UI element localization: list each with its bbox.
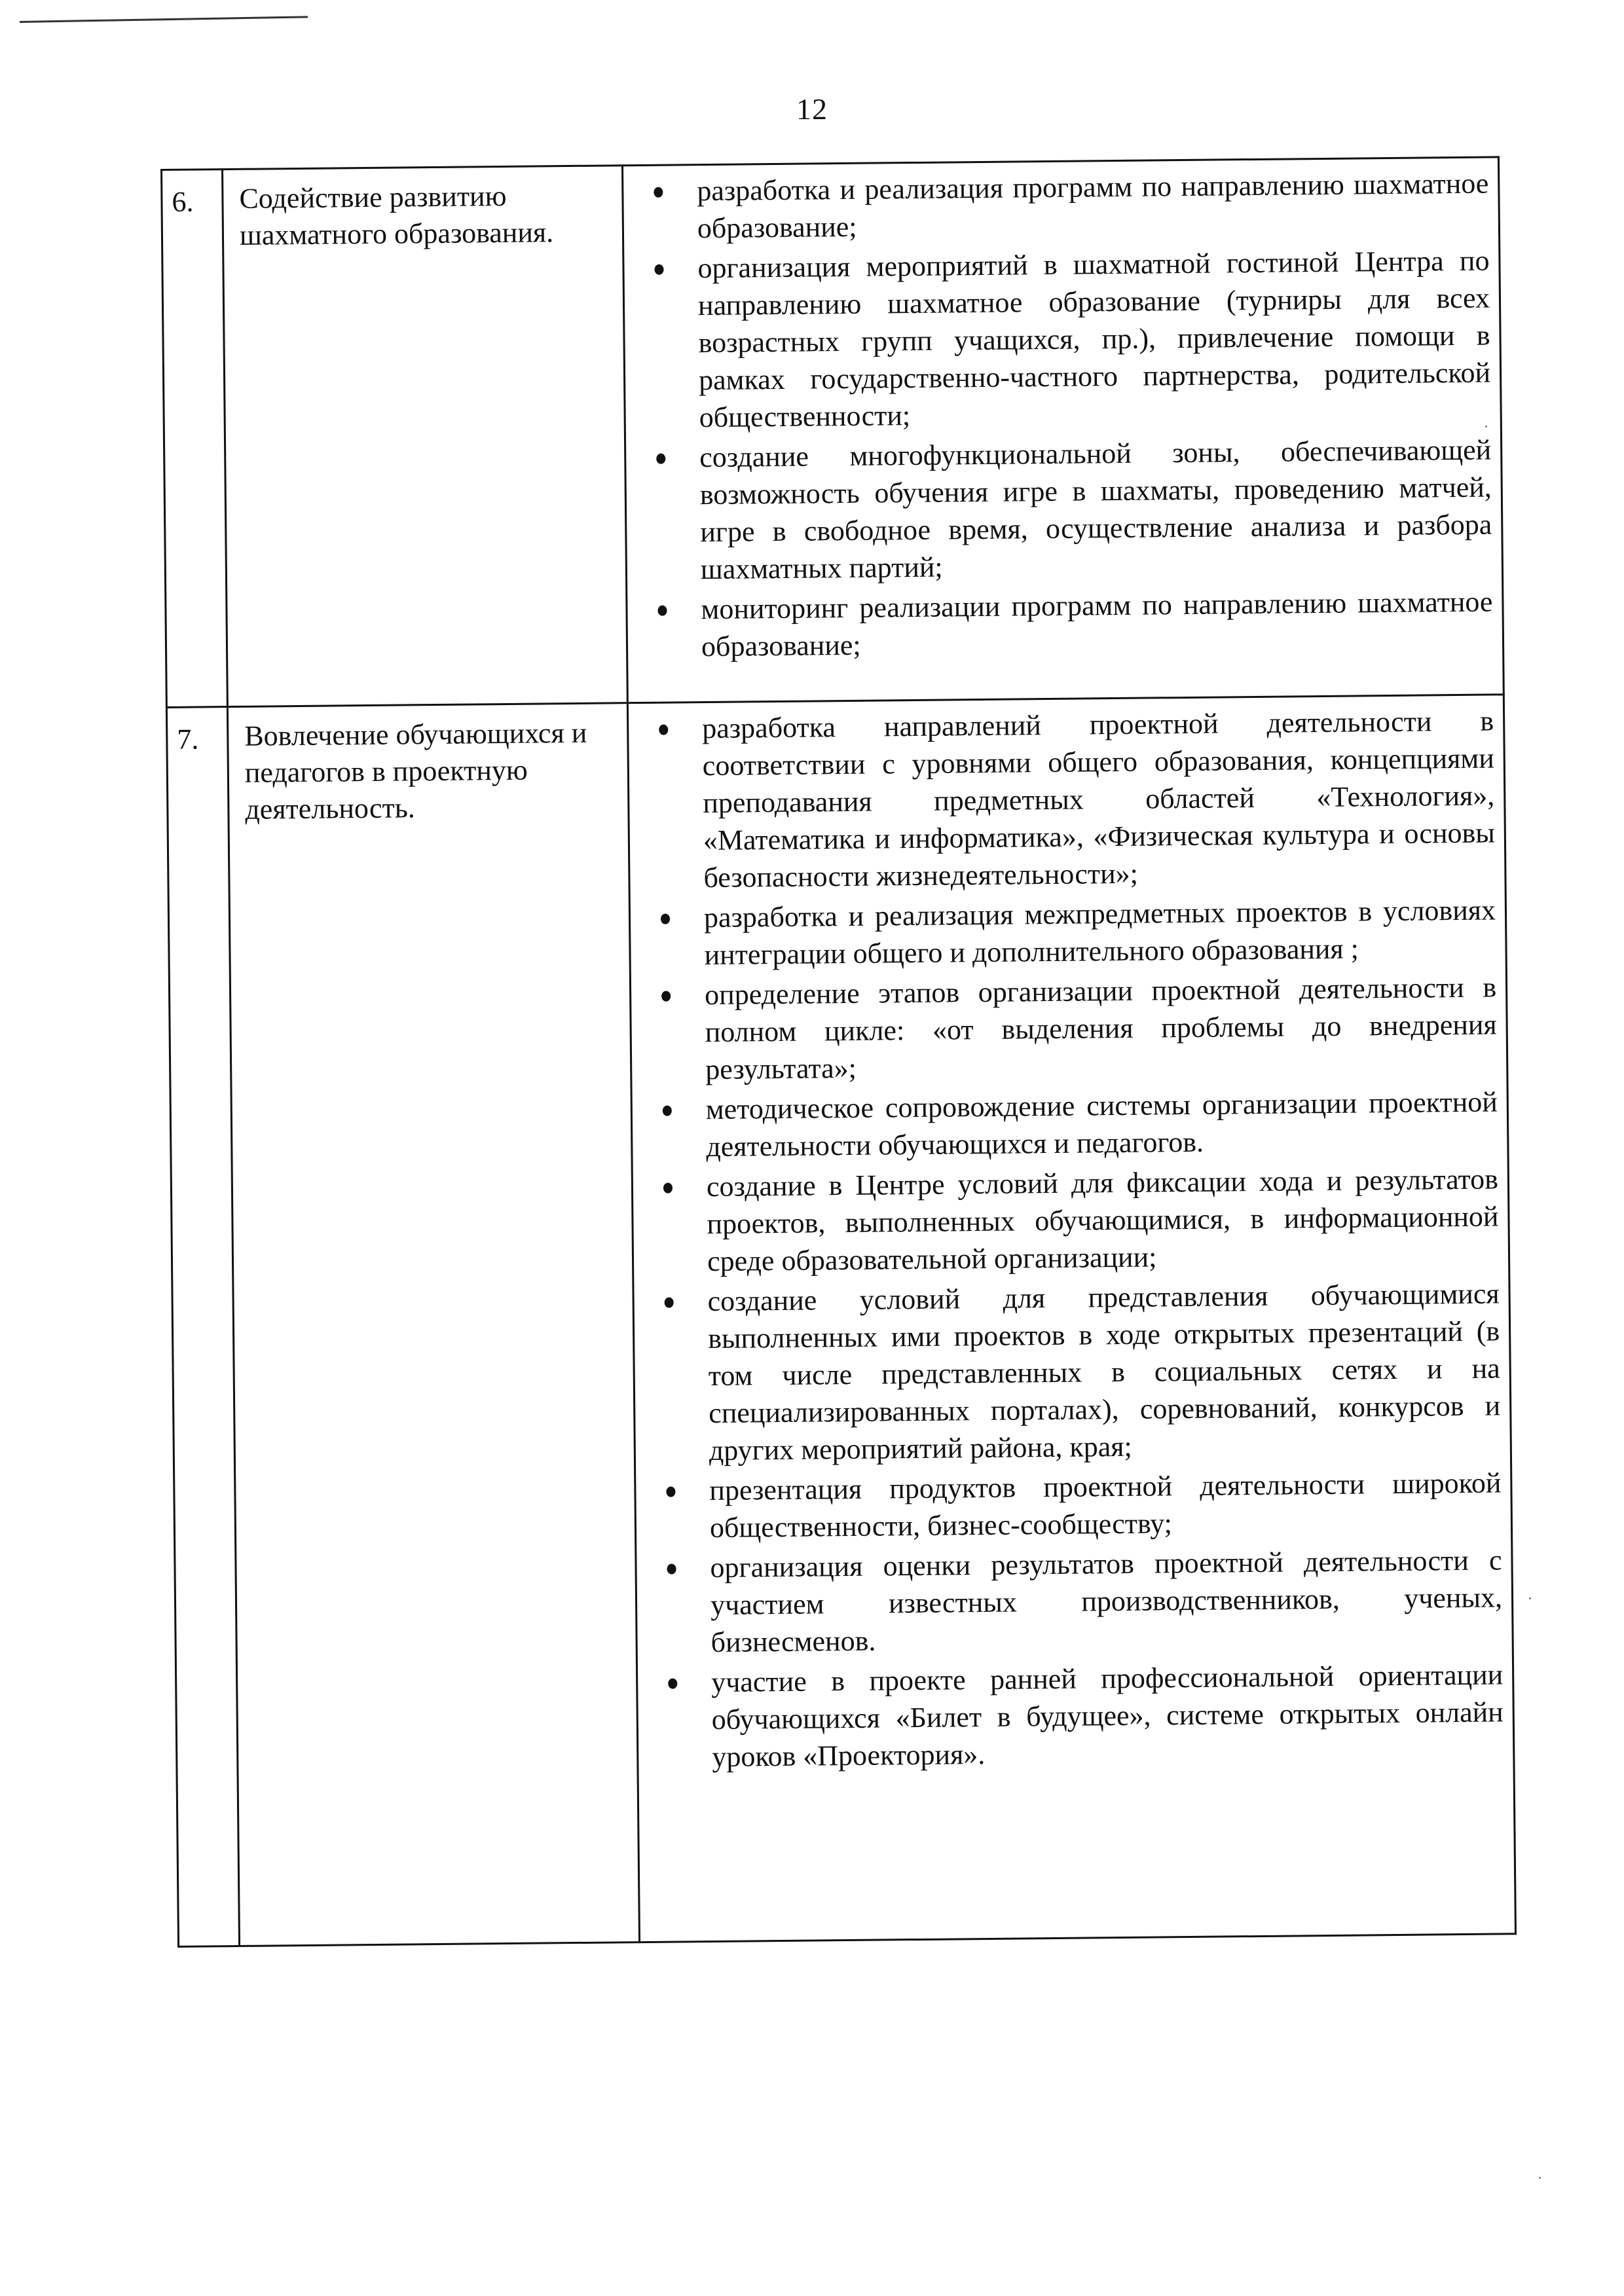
list-item: разработка направлений проектной деятель…	[629, 702, 1496, 897]
scan-artifact-line	[20, 16, 308, 23]
bullet-icon	[661, 991, 671, 1002]
list-item: организация мероприятий в шахматной гост…	[624, 242, 1491, 437]
row-title-cell: Вовлечение обучающихся и педагогов в про…	[227, 703, 639, 1946]
list-item: разработка и реализация программ по напр…	[623, 165, 1489, 248]
list-item: создание в Центре условий для фиксации х…	[633, 1160, 1500, 1281]
bullet-icon	[668, 1679, 677, 1689]
row-title: Вовлечение обучающихся и педагогов в про…	[229, 704, 628, 828]
list-item: презентация продуктов проектной деятельн…	[636, 1464, 1502, 1547]
list-item: мониторинг реализации программ по направ…	[627, 583, 1493, 666]
row-number: 7.	[168, 708, 227, 758]
bullet-icon	[663, 1106, 672, 1116]
list-item: организация оценки результатов проектной…	[637, 1541, 1503, 1662]
bullet-icon	[654, 264, 663, 275]
list-item: участие в проекте ранней профессионально…	[638, 1656, 1504, 1776]
bullet-icon	[667, 1564, 676, 1575]
row-description-cell: разработка и реализация программ по напр…	[622, 157, 1504, 703]
scan-speck	[1529, 1597, 1531, 1599]
bullet-icon	[654, 187, 663, 198]
list-item: создание многофункциональной зоны, обесп…	[626, 431, 1492, 589]
list-item: методическое сопровождение системы орган…	[633, 1083, 1498, 1166]
row-title-cell: Содействие развитию шахматного образован…	[223, 166, 628, 707]
bullet-icon	[656, 454, 665, 464]
row-number: 6.	[162, 170, 222, 221]
bullet-icon	[665, 1298, 674, 1308]
table-row: 7. Вовлечение обучающихся и педагогов в …	[166, 695, 1515, 1947]
row-description-cell: разработка направлений проектной деятель…	[627, 695, 1515, 1942]
bullet-icon	[666, 1487, 675, 1497]
page-number: 12	[0, 92, 1624, 126]
row-number-cell: 6.	[162, 170, 228, 708]
activities-table: 6. Содействие развитию шахматного образо…	[160, 156, 1517, 1948]
scan-speck	[1539, 2177, 1541, 2179]
bullet-icon	[659, 725, 668, 735]
row-number-cell: 7.	[166, 707, 239, 1947]
bullet-list: разработка направлений проектной деятель…	[629, 695, 1513, 1784]
list-item: определение этапов организации проектной…	[631, 968, 1498, 1089]
list-item: создание условий для представления обуча…	[634, 1275, 1501, 1470]
row-title: Содействие развитию шахматного образован…	[223, 166, 622, 254]
bullet-list: разработка и реализация программ по напр…	[623, 158, 1502, 674]
table-row: 6. Содействие развитию шахматного образо…	[162, 157, 1504, 708]
bullet-icon	[663, 1183, 673, 1194]
list-item: разработка и реализация межпредметных пр…	[631, 891, 1496, 974]
bullet-icon	[661, 914, 670, 924]
bullet-icon	[657, 606, 667, 616]
